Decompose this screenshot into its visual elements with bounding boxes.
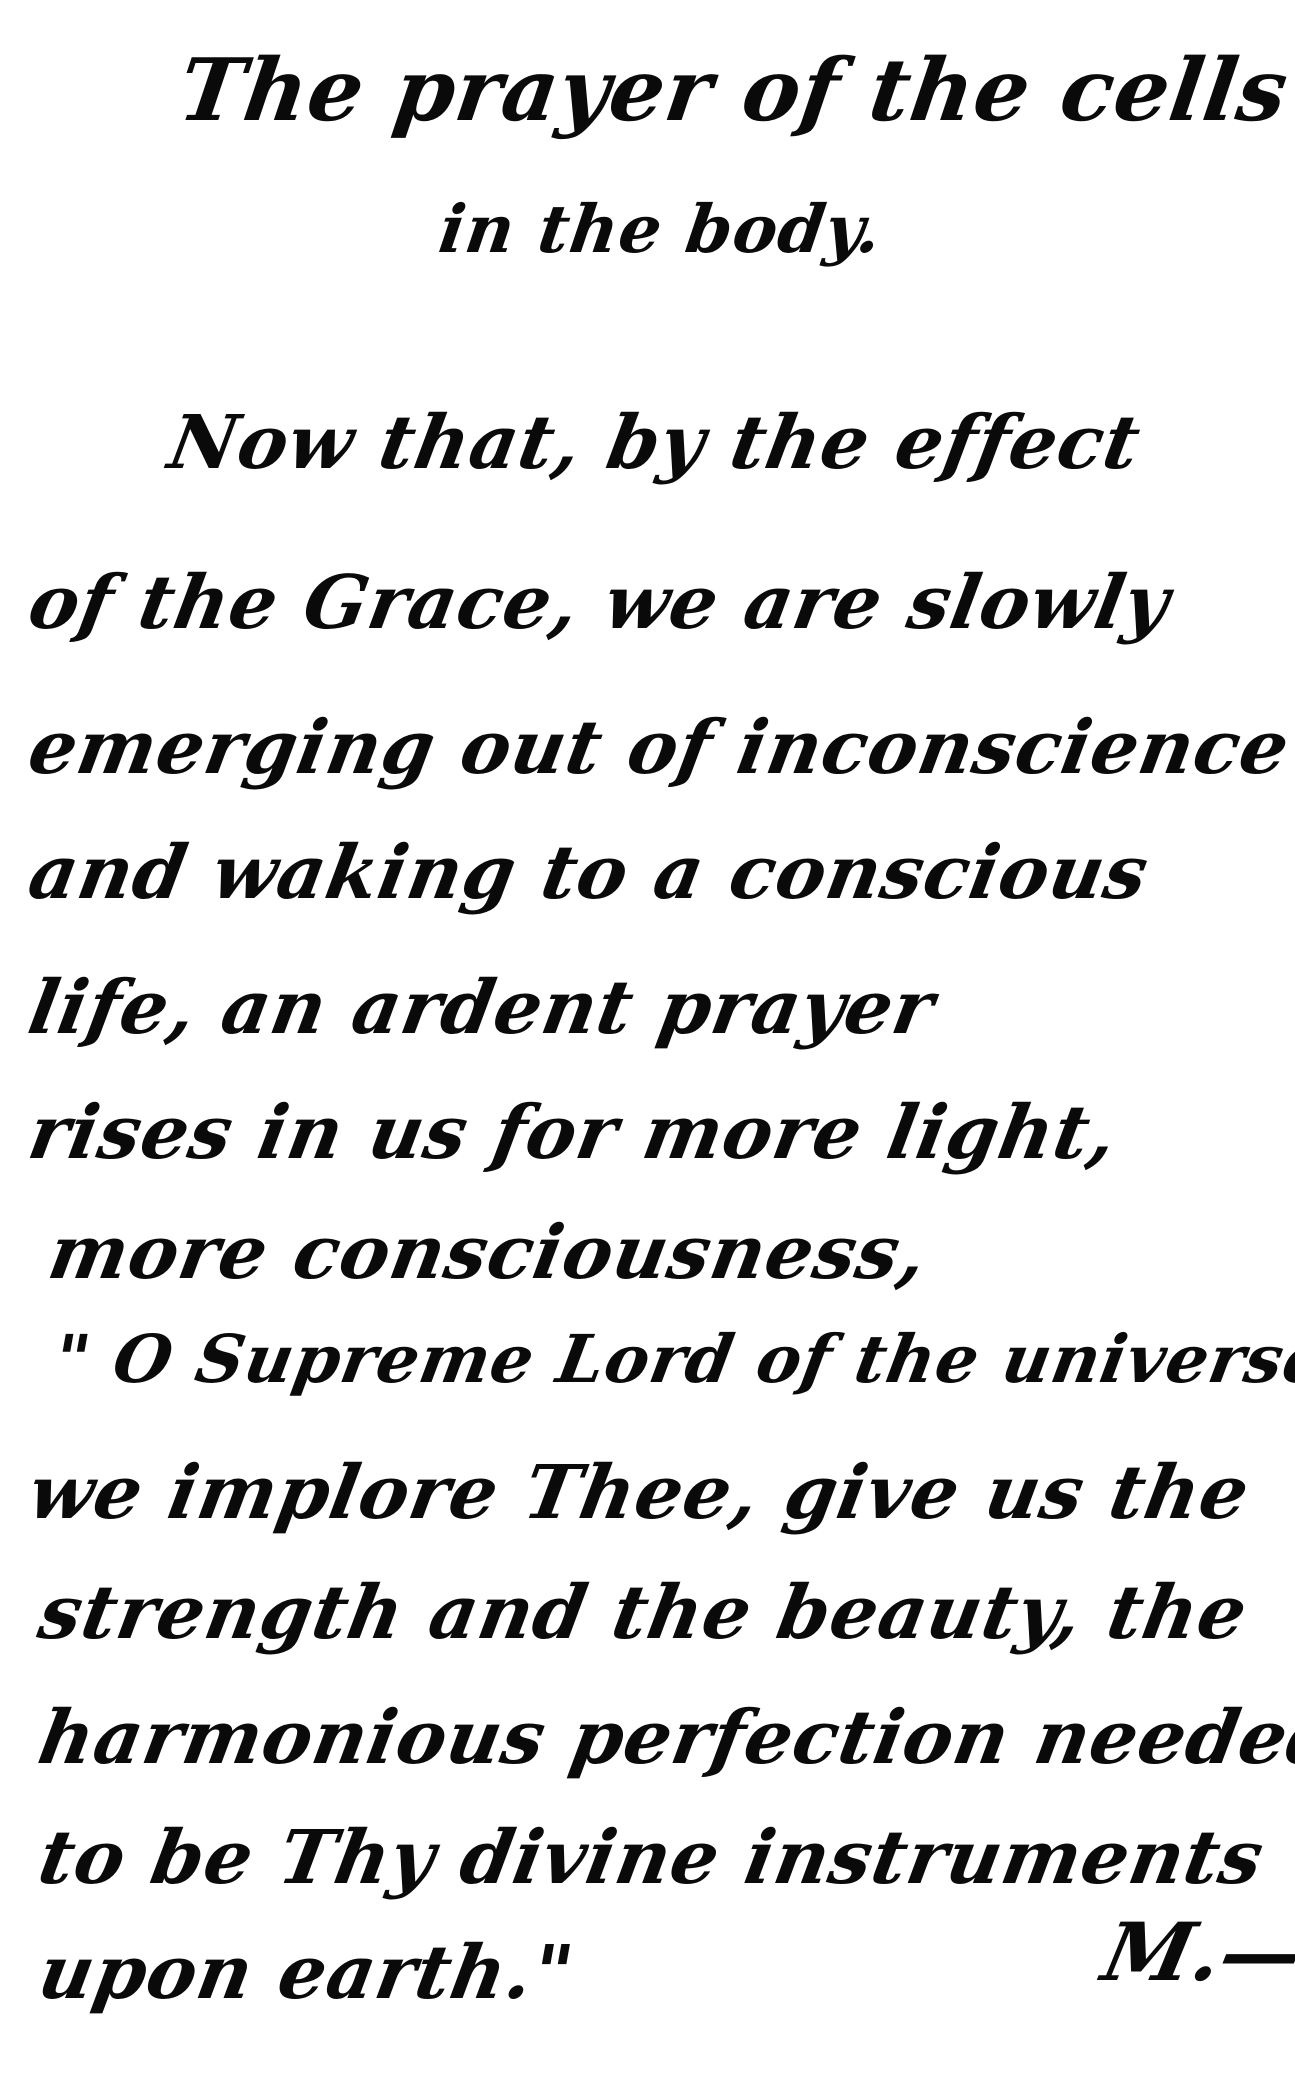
body-line: harmonious perfection needed <box>32 1695 1295 1781</box>
body-line: of the Grace, we are slowly <box>22 560 1176 646</box>
handwritten-page: The prayer of the cells in the body. Now… <box>0 0 1295 2090</box>
body-line: emerging out of inconscience <box>22 705 1295 791</box>
title-line-2: in the body. <box>435 190 888 268</box>
body-line: more consciousness, <box>42 1210 933 1296</box>
body-line: to be Thy divine instruments <box>32 1815 1270 1901</box>
body-line: upon earth." <box>32 1930 580 2016</box>
body-line: strength and the beauty, the <box>32 1570 1254 1656</box>
title-line-1: The prayer of the cells <box>173 40 1295 141</box>
body-line: " O Supreme Lord of the universe, <box>48 1320 1295 1398</box>
body-line: life, an ardent prayer <box>22 965 941 1051</box>
body-line: rises in us for more light, <box>22 1090 1123 1176</box>
body-line: we implore Thee, give us the <box>22 1450 1256 1536</box>
signature: M.— <box>1095 1905 1295 1999</box>
body-line: and waking to a conscious <box>22 830 1155 916</box>
body-line: Now that, by the effect <box>162 400 1147 486</box>
